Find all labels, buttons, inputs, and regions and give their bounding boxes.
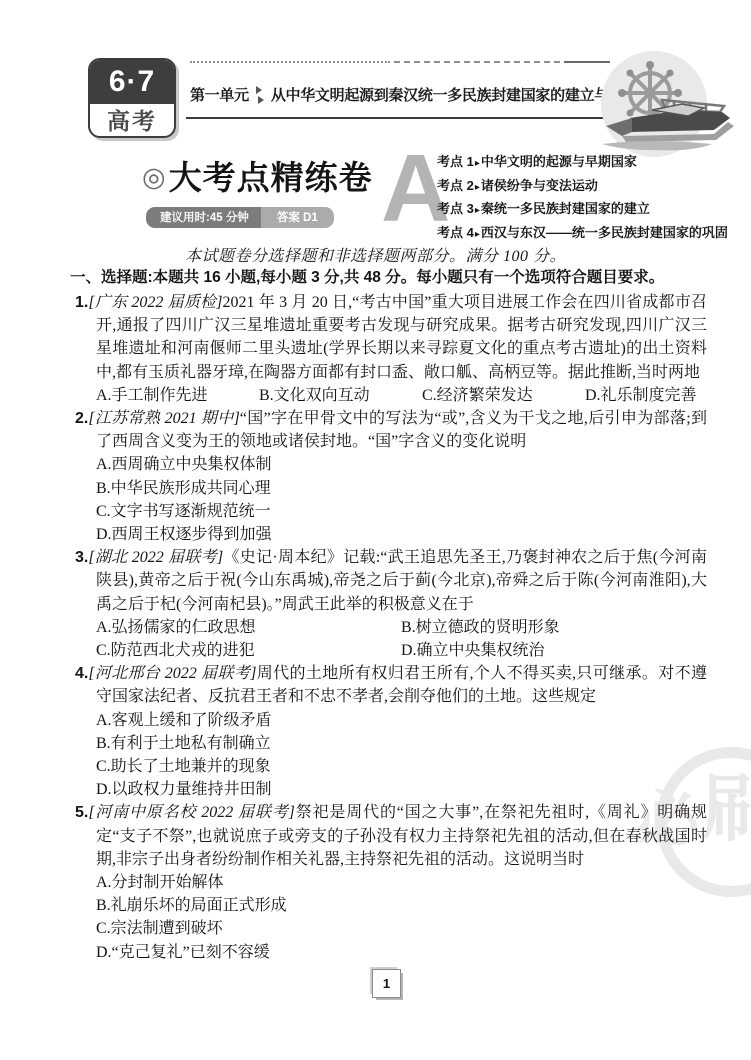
- option-b: B.礼崩乐坏的局面正式形成: [96, 894, 707, 917]
- paper-title: 大考点精练卷: [169, 161, 373, 194]
- header-dotted-line: [190, 61, 390, 63]
- question-number: 4.: [75, 665, 88, 682]
- option-d: D.确立中央集权统治: [401, 639, 707, 662]
- question-list: 1.[广东 2022 届质检]2021 年 3 月 20 日,“考古中国”重大项…: [75, 291, 707, 964]
- question-source: [河北邢台 2022 届联考]: [88, 665, 256, 682]
- notice-text: 本试题卷分选择题和非选择题两部分。满分 100 分。: [0, 243, 751, 266]
- option-a: A.西周确立中央集权体制: [96, 453, 707, 476]
- option-b: B.中华民族形成共同心理: [96, 477, 707, 500]
- watermark-shua: 刷: [703, 772, 751, 846]
- option-d: D.西周王权逐步得到加强: [96, 523, 707, 546]
- arrow-icon: ▸: [474, 182, 481, 193]
- kaodian-item: 考点 3▸秦统一多民族封建国家的建立: [437, 198, 742, 222]
- question-source: [湖北 2022 届联考]: [88, 549, 223, 566]
- kaodian-list: 考点 1▸中华文明的起源与早期国家 考点 2▸诸侯纷争与变法运动 考点 3▸秦统…: [437, 151, 742, 245]
- unit-header: 第一单元 从中华文明起源到秦汉统一多民族封建国家的建立与巩固: [190, 84, 638, 105]
- option-c: C.文字书写逐渐规范统一: [96, 500, 707, 523]
- kaodian-item: 考点 4▸西汉与东汉——统一多民族封建国家的巩固: [437, 222, 742, 246]
- question-number: 2.: [75, 410, 88, 427]
- question-number: 1.: [75, 294, 88, 311]
- question-2: 2.[江苏常熟 2021 期中]“国”字在甲骨文中的写法为“或”,含义为干戈之地…: [75, 407, 707, 546]
- boat-icon: [592, 60, 742, 155]
- option-a: A.弘扬儒家的仁政思想: [96, 616, 401, 639]
- option-d: D.“克己复礼”已刻不容缓: [96, 941, 707, 964]
- brand-logo-text: 高考: [90, 104, 174, 134]
- question-5: 5.[河南中原名校 2022 届联考]祭祀是周代的“国之大事”,在祭祀先祖时,《…: [75, 801, 707, 963]
- option-a: A.手工制作先进: [96, 384, 259, 407]
- arrow-icon: ▸: [474, 229, 481, 240]
- option-b: B.有利于土地私有制确立: [96, 732, 707, 755]
- option-c: C.经济繁荣发达: [422, 384, 585, 407]
- arrow-icon: ▸: [474, 205, 481, 216]
- question-number: 5.: [75, 804, 88, 821]
- question-3: 3.[湖北 2022 届联考]《史记·周本纪》记载:“武王追思先圣王,乃褒封神农…: [75, 546, 707, 662]
- option-d: D.以政权力量维持井田制: [96, 778, 707, 801]
- question-stem: 3.[湖北 2022 届联考]《史记·周本纪》记载:“武王追思先圣王,乃褒封神农…: [75, 546, 707, 616]
- option-c: C.助长了土地兼并的现象: [96, 755, 707, 778]
- time-badge: 建议用时:45 分钟: [146, 207, 261, 228]
- option-b: B.文化双向互动: [259, 384, 422, 407]
- question-1: 1.[广东 2022 届质检]2021 年 3 月 20 日,“考古中国”重大项…: [75, 291, 707, 407]
- header-dashed-line: [394, 61, 560, 63]
- target-icon: ◎: [142, 164, 166, 191]
- paper-title-row: ◎ 大考点精练卷: [142, 161, 373, 194]
- question-stem: 1.[广东 2022 届质检]2021 年 3 月 20 日,“考古中国”重大项…: [75, 291, 707, 384]
- question-source: [江苏常熟 2021 期中]: [88, 410, 239, 427]
- question-stem: 2.[江苏常熟 2021 期中]“国”字在甲骨文中的写法为“或”,含义为干戈之地…: [75, 407, 707, 453]
- page-number: 1: [372, 969, 401, 998]
- unit-label: 第一单元: [190, 84, 249, 105]
- option-a: A.客观上缓和了阶级矛盾: [96, 709, 707, 732]
- option-row: A.客观上缓和了阶级矛盾 B.有利于土地私有制确立 C.助长了土地兼并的现象 D…: [75, 709, 707, 802]
- option-d: D.礼乐制度完善: [585, 384, 697, 407]
- option-row: A.分封制开始解体 B.礼崩乐坏的局面正式形成 C.宗法制遭到破坏 D.“克己复…: [75, 871, 707, 964]
- paper-badges: 建议用时:45 分钟 答案 D1: [146, 207, 334, 228]
- question-source: [广东 2022 届质检]: [88, 294, 222, 311]
- option-row: A.手工制作先进 B.文化双向互动 C.经济繁荣发达 D.礼乐制度完善: [75, 384, 707, 407]
- question-stem: 5.[河南中原名校 2022 届联考]祭祀是周代的“国之大事”,在祭祀先祖时,《…: [75, 801, 707, 871]
- exam-page: 必 刷 6·7 高考 第一单元 从中华文明起源到秦汉统一多民族封建国家的建立与巩…: [0, 0, 751, 1060]
- option-row: A.弘扬儒家的仁政思想 B.树立德政的贤明形象 C.防范西北犬戎的进犯 D.确立…: [75, 616, 707, 662]
- option-c: C.防范西北犬戎的进犯: [96, 639, 401, 662]
- option-a: A.分封制开始解体: [96, 871, 707, 894]
- question-4: 4.[河北邢台 2022 届联考]周代的土地所有权归君王所有,个人不得买卖,只可…: [75, 662, 707, 801]
- question-source: [河南中原名校 2022 届联考]: [88, 804, 295, 821]
- kaodian-item: 考点 2▸诸侯纷争与变法运动: [437, 175, 742, 199]
- double-arrow-icon: [254, 86, 266, 104]
- answer-badge: 答案 D1: [261, 207, 334, 228]
- question-stem: 4.[河北邢台 2022 届联考]周代的土地所有权归君王所有,个人不得买卖,只可…: [75, 662, 707, 708]
- option-b: B.树立德政的贤明形象: [401, 616, 707, 639]
- header-underline: [186, 117, 610, 119]
- kaodian-item: 考点 1▸中华文明的起源与早期国家: [437, 151, 742, 175]
- option-c: C.宗法制遭到破坏: [96, 917, 707, 940]
- brand-logo: 6·7 高考: [88, 58, 176, 138]
- brand-logo-number: 6·7: [90, 60, 174, 104]
- option-row: A.西周确立中央集权体制 B.中华民族形成共同心理 C.文字书写逐渐规范统一 D…: [75, 453, 707, 546]
- arrow-icon: ▸: [474, 158, 481, 169]
- unit-title: 从中华文明起源到秦汉统一多民族封建国家的建立与巩固: [271, 84, 639, 105]
- question-number: 3.: [75, 549, 88, 566]
- section-heading: 一、选择题:本题共 16 小题,每小题 3 分,共 48 分。每小题只有一个选项…: [70, 265, 664, 287]
